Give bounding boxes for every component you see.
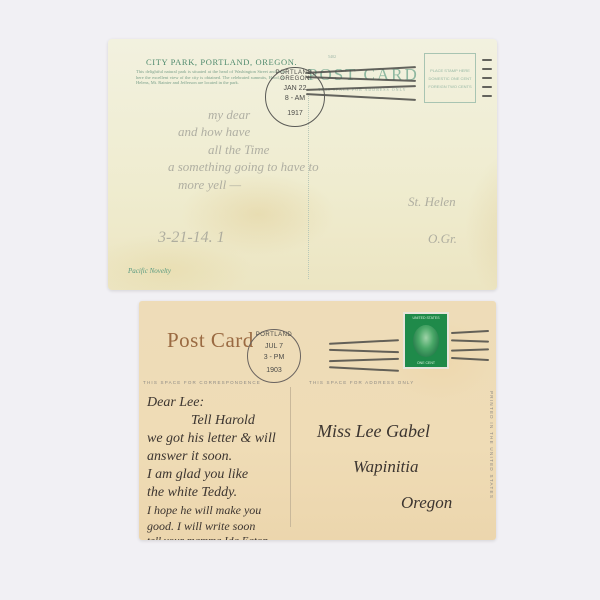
postcard-1903: Post Card PORTLAND JUL 7 3 - PM 1903 UNI… — [139, 301, 496, 540]
correspondence-label: THIS SPACE FOR CORRESPONDENCE — [143, 380, 261, 385]
message-line: tell your mamma Ida Eaton — [147, 535, 268, 540]
stamp-franklin-one-cent: UNITED STATES ONE CENT — [403, 312, 449, 369]
caption-title: CITY PARK, PORTLAND, OREGON. — [146, 57, 297, 67]
handwritten-line: St. Helen — [408, 194, 456, 210]
stamp-top-text: UNITED STATES — [405, 316, 447, 320]
message-line: Dear Lee: — [147, 395, 204, 411]
address-state: Oregon — [401, 493, 452, 513]
post-card-title: Post Card — [167, 328, 254, 353]
handwritten-line: O.Gr. — [428, 231, 457, 247]
wavy-cancel-lines — [329, 341, 399, 377]
postcard-city-park-portland: CITY PARK, PORTLAND, OREGON. This deligh… — [108, 39, 497, 290]
message-line: good. I will write soon — [147, 519, 255, 534]
postmark-time: 8 - AM — [266, 95, 324, 102]
wavy-cancel-lines-right — [451, 331, 489, 367]
message-line: we got his letter & will — [147, 431, 276, 447]
postmark-time: 3 - PM — [248, 354, 300, 361]
handwritten-date: 3-21-14. 1 — [158, 229, 225, 247]
handwritten-line: and how have — [178, 124, 250, 140]
message-line: the white Teddy. — [147, 485, 237, 501]
message-line: I am glad you like — [147, 467, 248, 483]
postmark-date: JAN 22 — [266, 85, 324, 92]
address-label: THIS SPACE FOR ADDRESS ONLY — [309, 380, 415, 385]
handwritten-line: more yell — — [178, 177, 241, 193]
divider-line — [290, 387, 291, 527]
handwritten-line: my dear — [208, 107, 250, 123]
stamp-box-line: FOREIGN TWO CENTS — [425, 84, 475, 89]
card-number: 5402 — [328, 54, 336, 59]
handwritten-line: a something going to have to — [168, 159, 319, 175]
postmark-year: 1917 — [266, 110, 324, 117]
address-town: Wapinitia — [353, 457, 419, 477]
postmark-portland-1903: PORTLAND JUL 7 3 - PM 1903 — [247, 329, 301, 383]
postmark-ring-text: PORTLAND — [248, 332, 300, 338]
postmark-portland-1917: PORTLAND, OREGON JAN 22 8 - AM 1917 — [265, 67, 325, 127]
message-line: answer it soon. — [147, 449, 232, 465]
stamp-portrait — [413, 325, 439, 357]
handwritten-line: all the Time — [208, 142, 269, 158]
stamp-value-text: ONE CENT — [405, 361, 447, 365]
postmark-date: JUL 7 — [248, 343, 300, 350]
caption-body: This delightful natural park is situated… — [136, 69, 286, 86]
address-name: Miss Lee Gabel — [317, 421, 430, 442]
stamp-box-line: DOMESTIC ONE CENT — [425, 76, 475, 81]
printed-in-usa-label: PRINTED IN THE UNITED STATES — [489, 391, 494, 499]
stamp-box-line: PLACE STAMP HERE — [425, 68, 475, 73]
publisher-logo: Pacific Novelty — [128, 267, 171, 275]
cancel-marks-edge — [482, 59, 492, 104]
message-line: I hope he will make you — [147, 503, 261, 518]
postmark-ring-text: PORTLAND, OREGON — [266, 70, 324, 82]
stamp-placeholder-box: PLACE STAMP HERE DOMESTIC ONE CENT FOREI… — [424, 53, 476, 103]
postmark-year: 1903 — [248, 367, 300, 374]
message-line: Tell Harold — [191, 413, 255, 429]
